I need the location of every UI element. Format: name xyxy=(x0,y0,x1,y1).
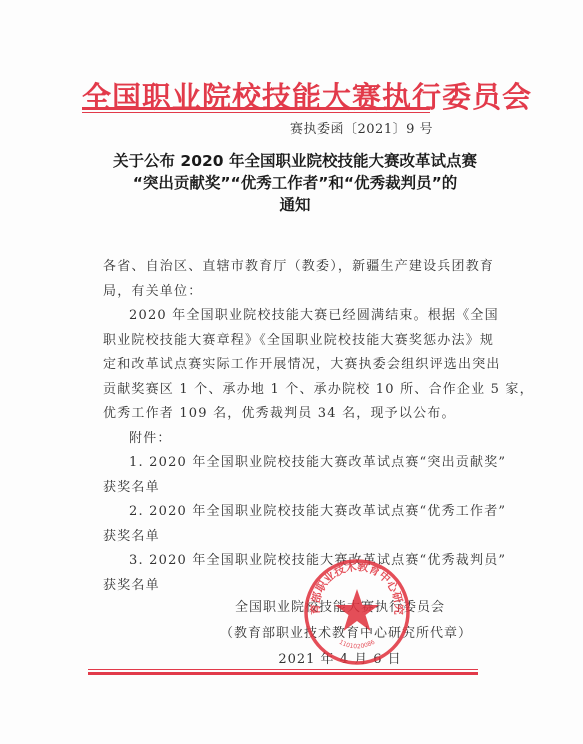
footer-red-rule-thin xyxy=(88,669,478,670)
salutation-line-2: 局，有关单位： xyxy=(103,280,498,305)
title-line-3: 通知 xyxy=(100,194,490,216)
document-body: 各省、自治区、直辖市教育厅（教委），新疆生产建设兵团教育 局，有关单位： 202… xyxy=(103,255,498,598)
salutation-line-1: 各省、自治区、直辖市教育厅（教委），新疆生产建设兵团教育 xyxy=(103,255,498,280)
attachment-2-line-1: 2. 2020 年全国职业院校技能大赛改革试点赛“优秀工作者” xyxy=(103,500,498,525)
paragraph-1-line-1: 2020 年全国职业院校技能大赛已经圆满结束。根据《全国 xyxy=(103,304,498,329)
attachments-label: 附件： xyxy=(103,427,498,452)
signature-block: 全国职业院校技能大赛执行委员会 （教育部职业技术教育中心研究所代章） 2021 … xyxy=(220,595,460,673)
signature-proxy-seal: （教育部职业技术教育中心研究所代章） xyxy=(220,621,460,647)
title-line-2: “突出贡献奖”“优秀工作者”和“优秀裁判员”的 xyxy=(100,172,490,194)
header-red-rule-thick xyxy=(82,107,430,110)
signature-organization: 全国职业院校技能大赛执行委员会 xyxy=(220,595,460,621)
paragraph-1-line-5: 优秀工作者 109 名，优秀裁判员 34 名，现予以公布。 xyxy=(103,402,498,427)
attachment-1-line-2: 获奖名单 xyxy=(103,476,498,501)
title-line-1: 关于公布 2020 年全国职业院校技能大赛改革试点赛 xyxy=(100,150,490,172)
paragraph-1-line-4: 贡献奖赛区 1 个、承办地 1 个、承办院校 10 所、合作企业 5 家， xyxy=(103,378,498,403)
attachment-2-line-2: 获奖名单 xyxy=(103,525,498,550)
paragraph-1-line-2: 职业院校技能大赛章程》《全国职业院校技能大赛奖惩办法》规 xyxy=(103,329,498,354)
paragraph-1-line-3: 定和改革试点赛实际工作开展情况，大赛执委会组织评选出突出 xyxy=(103,353,498,378)
attachment-3-line-1: 3. 2020 年全国职业院校技能大赛改革试点赛“优秀裁判员” xyxy=(103,549,498,574)
document-title: 关于公布 2020 年全国职业院校技能大赛改革试点赛 “突出贡献奖”“优秀工作者… xyxy=(100,150,490,216)
attachment-1-line-1: 1. 2020 年全国职业院校技能大赛改革试点赛“突出贡献奖” xyxy=(103,451,498,476)
document-page: 全国职业院校技能大赛执行委员会 赛执委函〔2021〕9 号 关于公布 2020 … xyxy=(0,0,583,744)
footer-red-rule-thick xyxy=(88,672,478,675)
header-red-rule-thin xyxy=(82,112,430,113)
document-number: 赛执委函〔2021〕9 号 xyxy=(290,118,433,137)
